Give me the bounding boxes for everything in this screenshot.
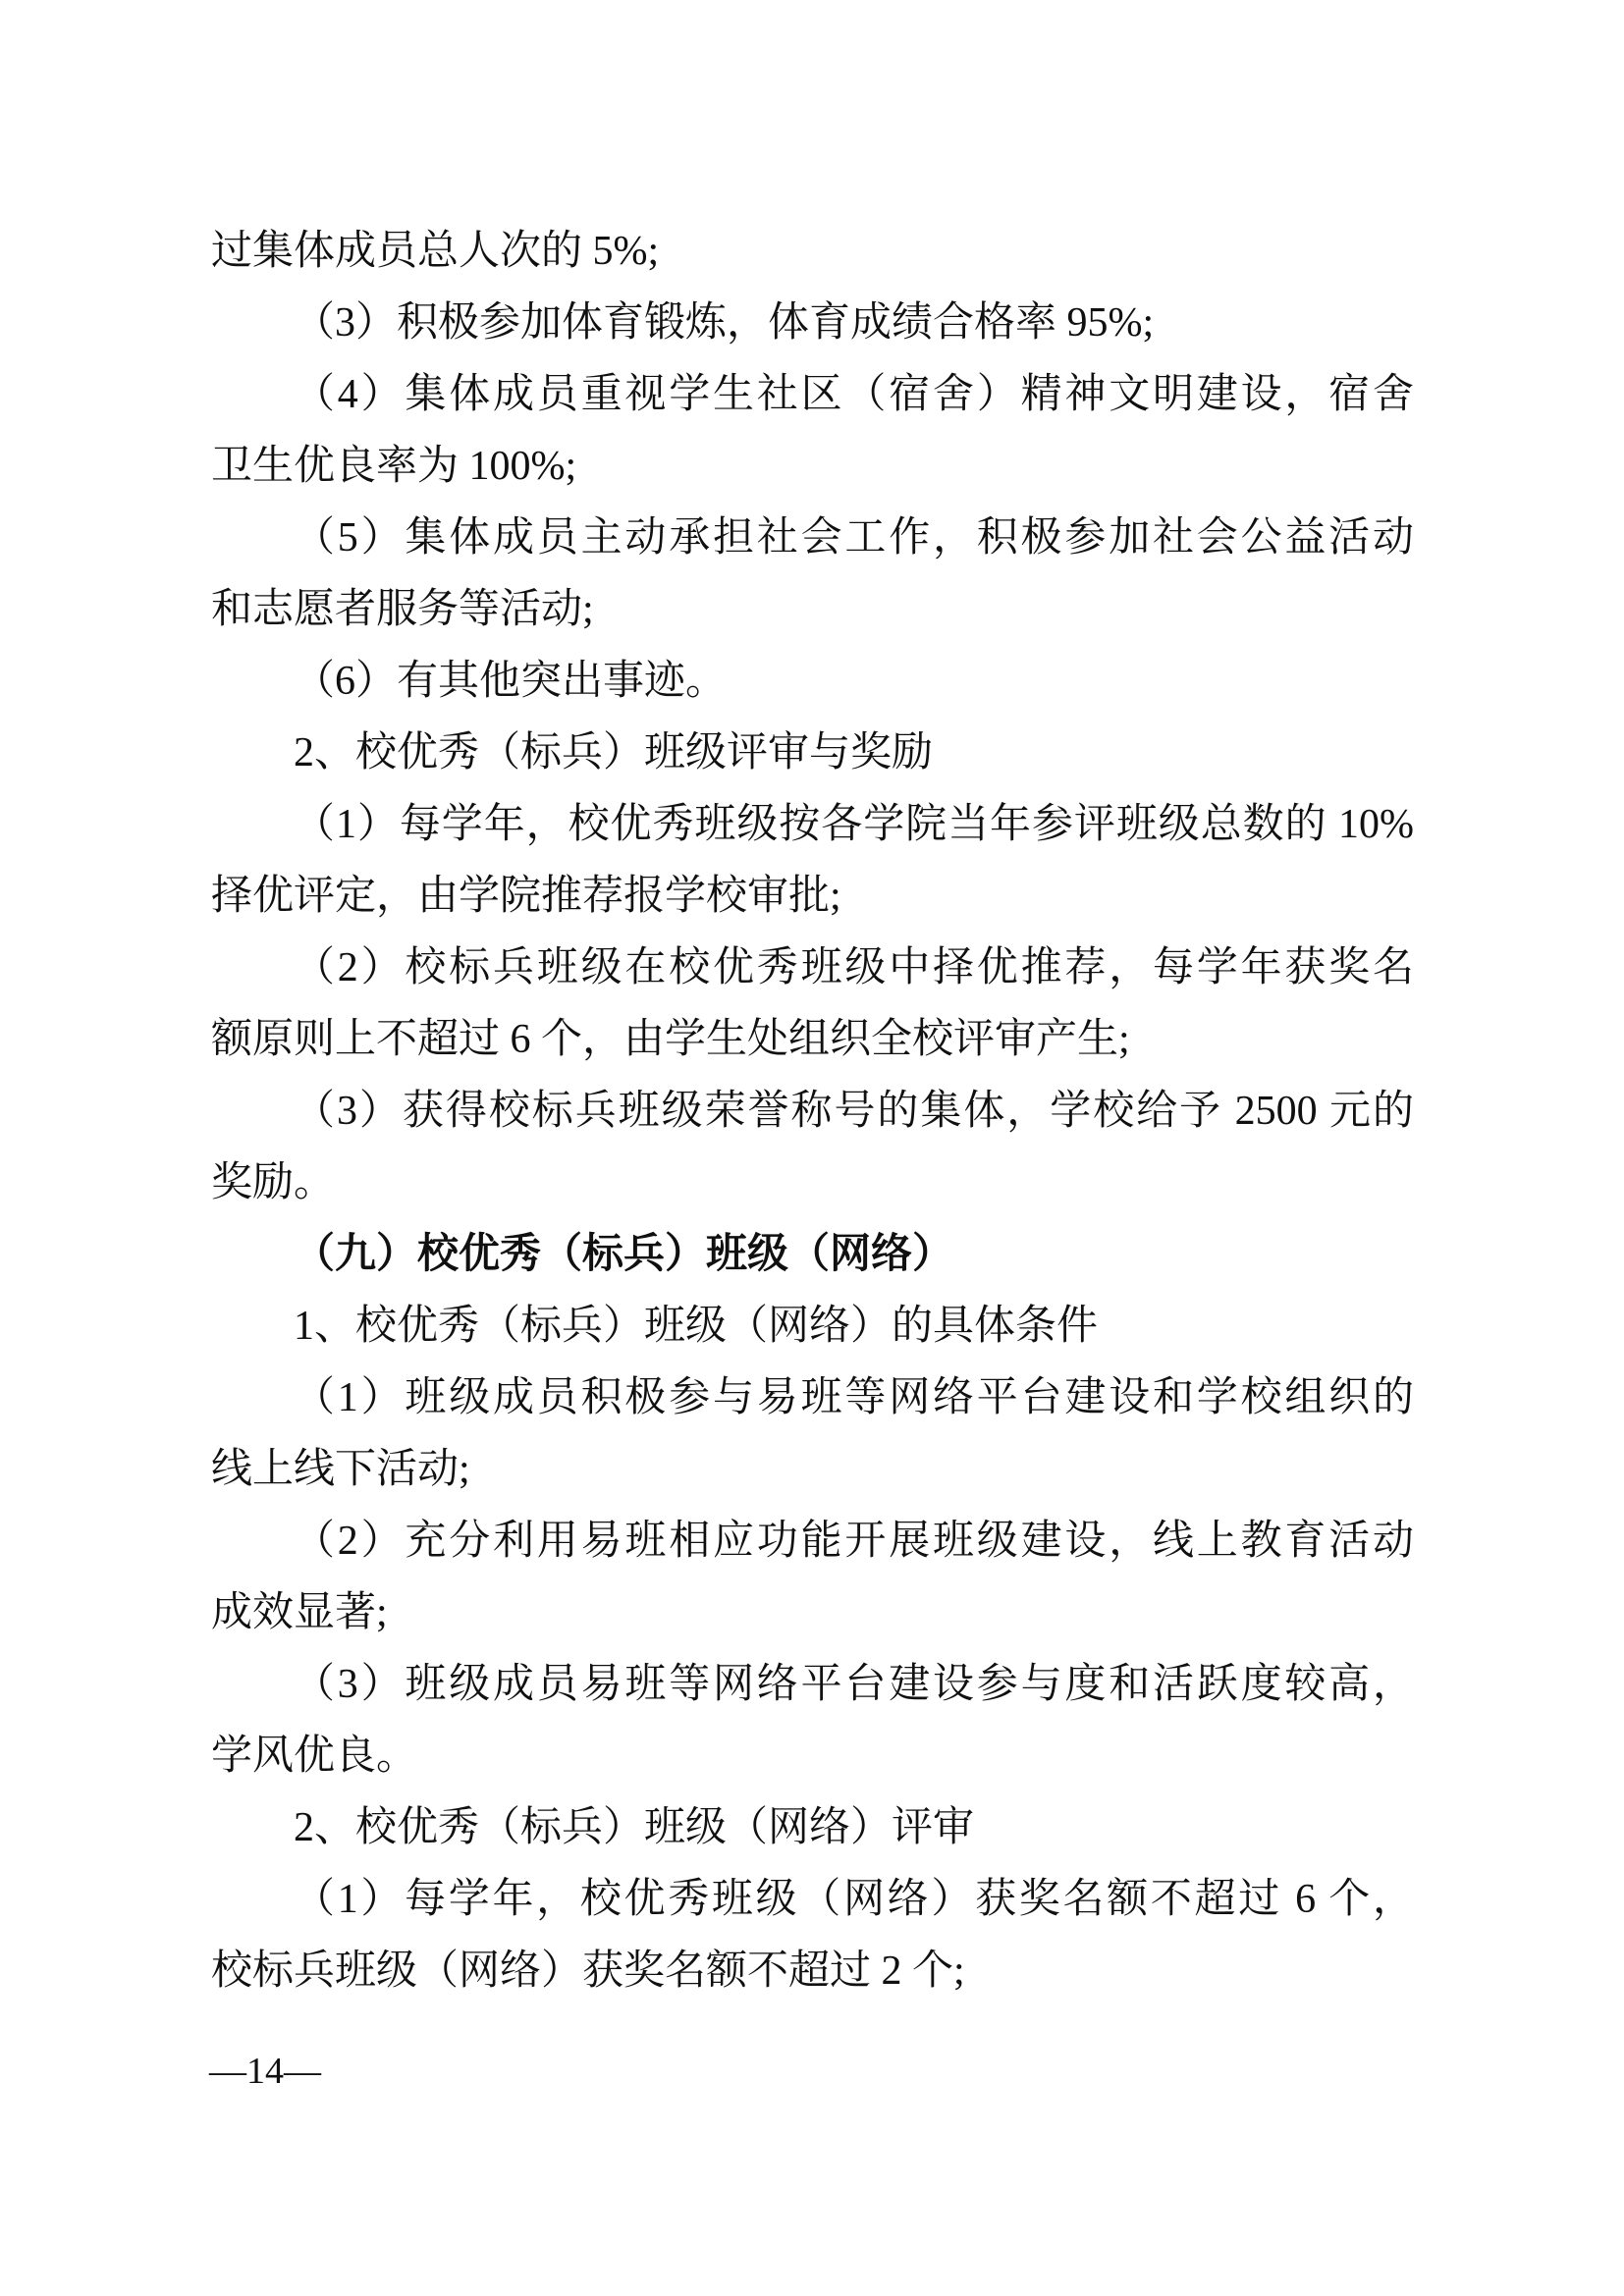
text-line: 学风优良。: [211, 1721, 1414, 1792]
text-line: （1）班级成员积极参与易班等网络平台建设和学校组织的: [211, 1362, 1414, 1434]
text-line: 1、校优秀（标兵）班级（网络）的具体条件: [211, 1291, 1414, 1362]
page-number: —14—: [209, 2048, 321, 2095]
text-line: 额原则上不超过 6 个，由学生处组织全校评审产生;: [211, 1004, 1414, 1076]
text-line: （6）有其他突出事迹。: [211, 646, 1414, 718]
text-line: 校标兵班级（网络）获奖名额不超过 2 个;: [211, 1936, 1414, 2007]
text-line: （1）每学年，校优秀班级按各学院当年参评班级总数的 10%: [211, 789, 1414, 861]
text-line: 择优评定，由学院推荐报学校审批;: [211, 861, 1414, 933]
text-line: （4）集体成员重视学生社区（宿舍）精神文明建设，宿舍: [211, 359, 1414, 431]
text-line: 奖励。: [211, 1148, 1414, 1219]
text-line: （3）积极参加体育锻炼，体育成绩合格率 95%;: [211, 288, 1414, 359]
text-line: 2、校优秀（标兵）班级评审与奖励: [211, 718, 1414, 789]
text-line: （5）集体成员主动承担社会工作，积极参加社会公益活动: [211, 503, 1414, 574]
text-line: 线上线下活动;: [211, 1434, 1414, 1506]
text-line: 2、校优秀（标兵）班级（网络）评审: [211, 1792, 1414, 1864]
text-line: 和志愿者服务等活动;: [211, 574, 1414, 646]
document-body: 过集体成员总人次的 5%;（3）积极参加体育锻炼，体育成绩合格率 95%;（4）…: [211, 216, 1414, 2007]
text-line: （1）每学年，校优秀班级（网络）获奖名额不超过 6 个，: [211, 1864, 1414, 1936]
text-line: 成效显著;: [211, 1577, 1414, 1649]
text-line: （3）班级成员易班等网络平台建设参与度和活跃度较高，: [211, 1649, 1414, 1721]
document-page: 过集体成员总人次的 5%;（3）积极参加体育锻炼，体育成绩合格率 95%;（4）…: [0, 0, 1624, 2296]
text-line: （3）获得校标兵班级荣誉称号的集体，学校给予 2500 元的: [211, 1076, 1414, 1148]
section-heading: （九）校优秀（标兵）班级（网络）: [211, 1219, 1414, 1291]
text-line: 卫生优良率为 100%;: [211, 431, 1414, 503]
text-line: 过集体成员总人次的 5%;: [211, 216, 1414, 288]
text-line: （2）充分利用易班相应功能开展班级建设，线上教育活动: [211, 1506, 1414, 1577]
text-line: （2）校标兵班级在校优秀班级中择优推荐，每学年获奖名: [211, 933, 1414, 1004]
